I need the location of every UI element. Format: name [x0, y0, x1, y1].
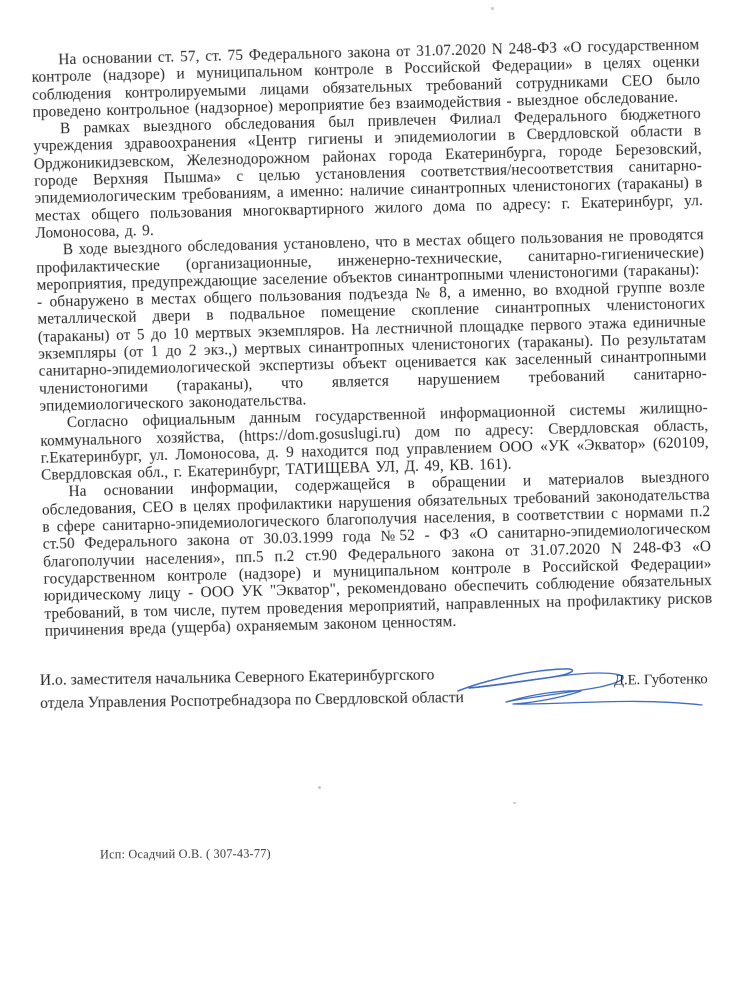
paragraph: На основании информации, содержащейся в … — [41, 469, 712, 640]
document-page: На основании ст. 57, ст. 75 Федерального… — [0, 0, 740, 989]
signer-title: И.о. заместителя начальника Северного Ек… — [40, 663, 473, 715]
executor-note: Исп: Осадчий О.В. ( 307-43-77) — [100, 847, 271, 863]
body-text: На основании ст. 57, ст. 75 Федерального… — [31, 36, 713, 640]
scan-speck — [491, 7, 494, 10]
signature-block: И.о. заместителя начальника Северного Ек… — [40, 663, 473, 715]
paragraph: В рамках выездного обследования был прив… — [33, 105, 704, 242]
signer-name: Д.Е. Губотенко — [614, 671, 708, 689]
paragraph-list-item: - обнаружено в местах общего пользования… — [37, 278, 708, 415]
scan-speck — [513, 802, 516, 804]
scan-speck — [318, 786, 321, 789]
